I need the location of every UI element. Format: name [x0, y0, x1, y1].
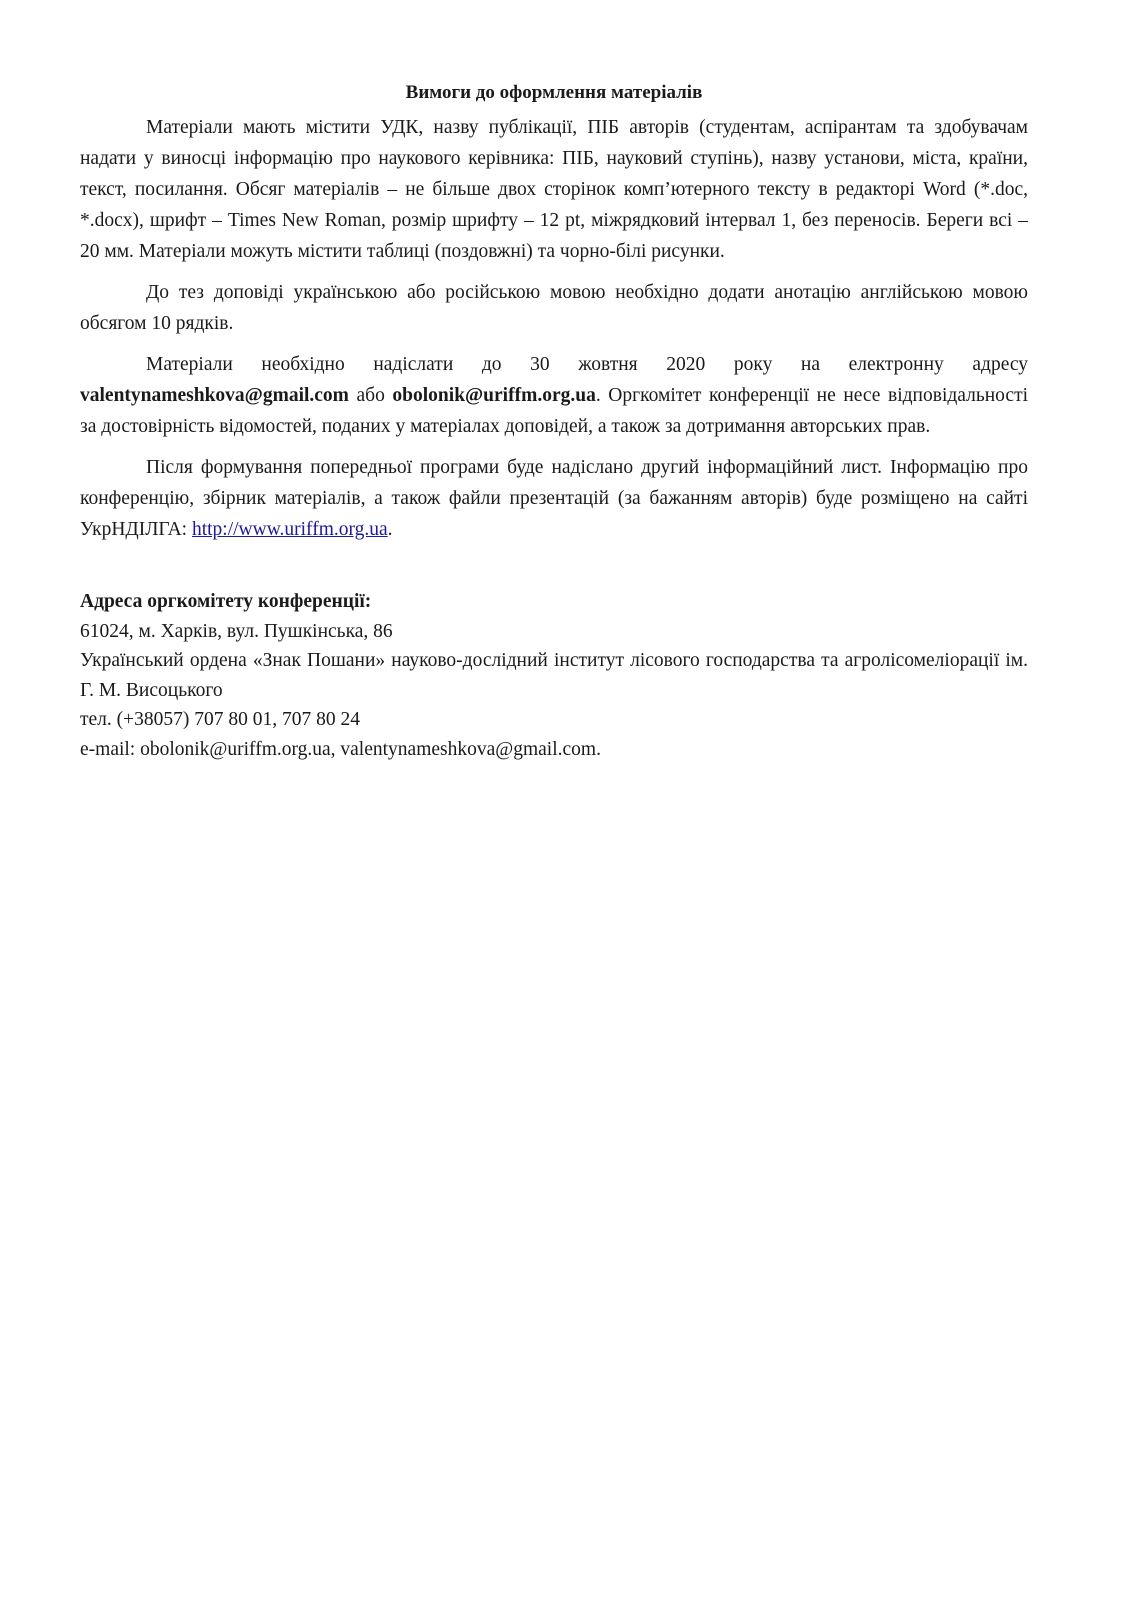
submission-text-mid: або	[349, 385, 392, 406]
document-page: Вимоги до оформлення матеріалів Матеріал…	[80, 78, 1028, 764]
address-institute: Український ордена «Знак Пошани» науково…	[80, 646, 1028, 705]
requirements-paragraph: Матеріали мають містити УДК, назву публі…	[80, 112, 1028, 267]
submission-paragraph: Матеріали необхідно надіслати до 30 жовт…	[80, 349, 1028, 442]
address-heading: Адреса оргкомітету конференції:	[80, 587, 1028, 617]
address-street: 61024, м. Харків, вул. Пушкінська, 86	[80, 617, 1028, 647]
annotation-paragraph: До тез доповіді українською або російськ…	[80, 277, 1028, 339]
program-text-after: .	[388, 519, 393, 540]
submission-text-before: Матеріали необхідно надіслати до 30 жовт…	[146, 354, 1028, 375]
program-paragraph: Після формування попередньої програми бу…	[80, 452, 1028, 545]
address-phone: тел. (+38057) 707 80 01, 707 80 24	[80, 705, 1028, 735]
address-email: e-mail: obolonik@uriffm.org.ua, valentyn…	[80, 735, 1028, 765]
email-obolonik[interactable]: obolonik@uriffm.org.ua	[392, 385, 595, 406]
address-block: Адреса оргкомітету конференції: 61024, м…	[80, 587, 1028, 764]
page-title: Вимоги до оформлення матеріалів	[80, 78, 1028, 108]
website-link[interactable]: http://www.uriffm.org.ua	[192, 519, 388, 540]
email-valentynameshkova[interactable]: valentynameshkova@gmail.com	[80, 385, 349, 406]
